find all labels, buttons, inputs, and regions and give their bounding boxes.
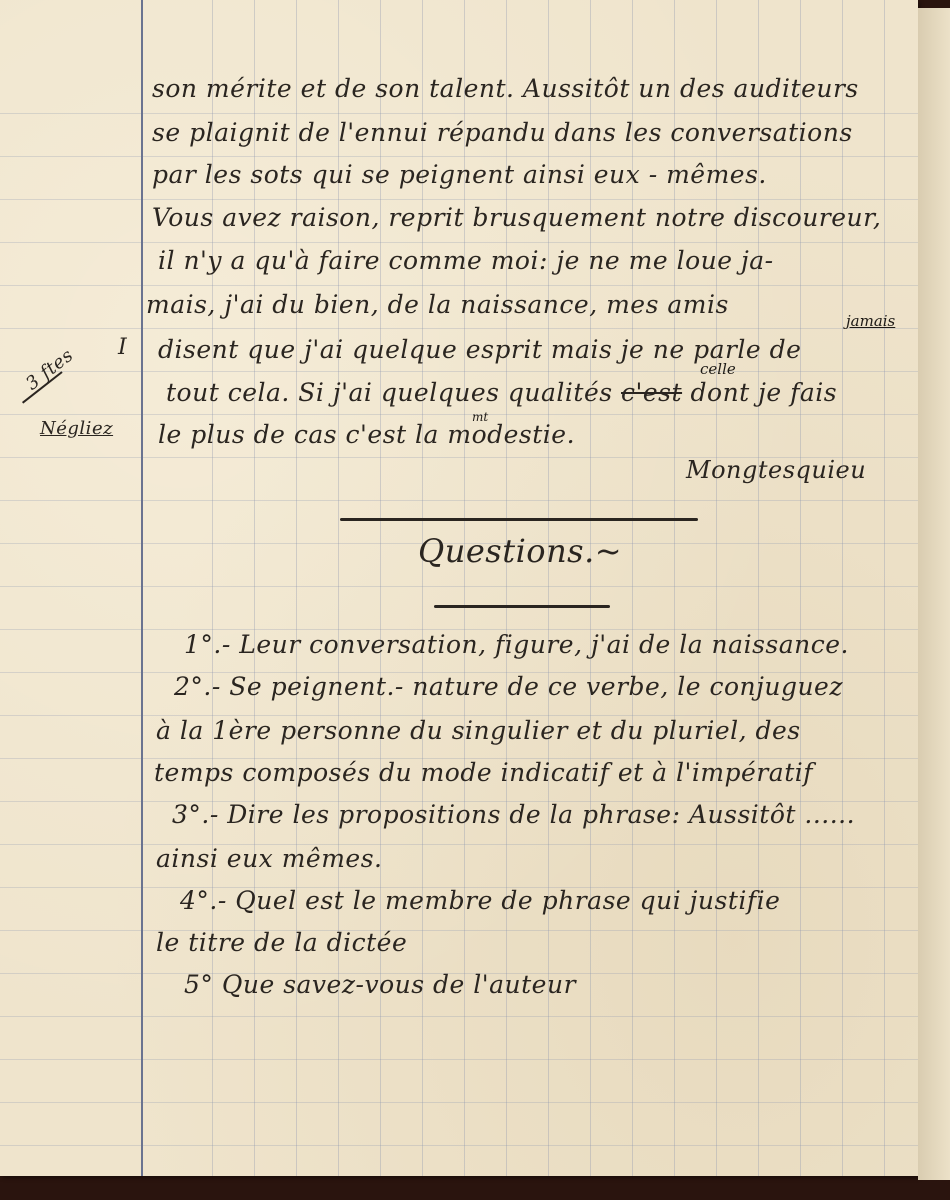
question-item-4: 4°.- Quel est le membre de phrase qui ju… [180, 886, 780, 915]
question-item-1: 1°.- Leur conversation, figure, j'ai de … [184, 630, 849, 659]
grid-line [0, 199, 918, 200]
correction-insert-celle: celle [700, 360, 736, 378]
status-note: Négliez [40, 418, 113, 439]
question-item-2: 2°.- Se peignent.- nature de ce verbe, l… [174, 672, 843, 701]
dictation-line: se plaignit de l'ennui répandu dans les … [152, 118, 853, 147]
questions-heading: Questions.~ [418, 532, 622, 570]
grade-note: 3 ftes [22, 345, 77, 395]
grid-line [0, 328, 918, 329]
grid-line [0, 371, 918, 372]
grid-line [842, 0, 843, 1176]
question-item-5: 5° Que savez-vous de l'auteur [184, 970, 576, 999]
grid-line [0, 930, 918, 931]
grid-line [0, 414, 918, 415]
margin-line [141, 0, 143, 1176]
dictation-line: par les sots qui se peignent ainsi eux -… [152, 160, 767, 189]
grid-line [0, 844, 918, 845]
author-signature: Mongtesquieu [686, 456, 866, 484]
question-item-2-line: à la 1ère personne du singulier et du pl… [156, 716, 801, 745]
correction-insert-mt: mt [472, 410, 488, 424]
heading-rule-bottom [434, 605, 610, 608]
grid-line [884, 0, 885, 1176]
section-marker: I [118, 335, 127, 360]
dictation-line: mais, j'ai du bien, de la naissance, mes… [146, 290, 729, 319]
grid-line [0, 1059, 918, 1060]
question-item-3-line: ainsi eux mêmes. [156, 844, 383, 873]
dictation-line: il n'y a qu'à faire comme moi: je ne me … [158, 246, 774, 275]
heading-rule-top [340, 518, 698, 521]
struck-word: c'est [621, 378, 682, 407]
notebook-page: I 3 ftes Négliez son mérite et de son ta… [0, 0, 918, 1176]
dictation-line: le plus de cas c'est la modestie. [158, 420, 575, 449]
grid-line [800, 0, 801, 1176]
question-item-3: 3°.- Dire les propositions de la phrase:… [172, 800, 855, 829]
grid-line [0, 285, 918, 286]
question-item-2-line: temps composés du mode indicatif et à l'… [154, 758, 813, 787]
grid-line [0, 113, 918, 114]
grid-line [0, 242, 918, 243]
grid-line [0, 1102, 918, 1103]
grid-line [0, 500, 918, 501]
adjacent-page-edge [918, 8, 950, 1180]
grid-line [0, 586, 918, 587]
grid-line [0, 156, 918, 157]
grid-line [0, 1145, 918, 1146]
correction-insert-jamais: jamais [846, 312, 895, 330]
grid-line [0, 1016, 918, 1017]
dictation-line: Vous avez raison, reprit brusquement not… [152, 203, 881, 232]
dictation-line: son mérite et de son talent. Aussitôt un… [152, 74, 859, 103]
question-item-4-line: le titre de la dictée [156, 928, 407, 957]
dictation-line: tout cela. Si j'ai quelques qualités c'e… [166, 378, 837, 407]
